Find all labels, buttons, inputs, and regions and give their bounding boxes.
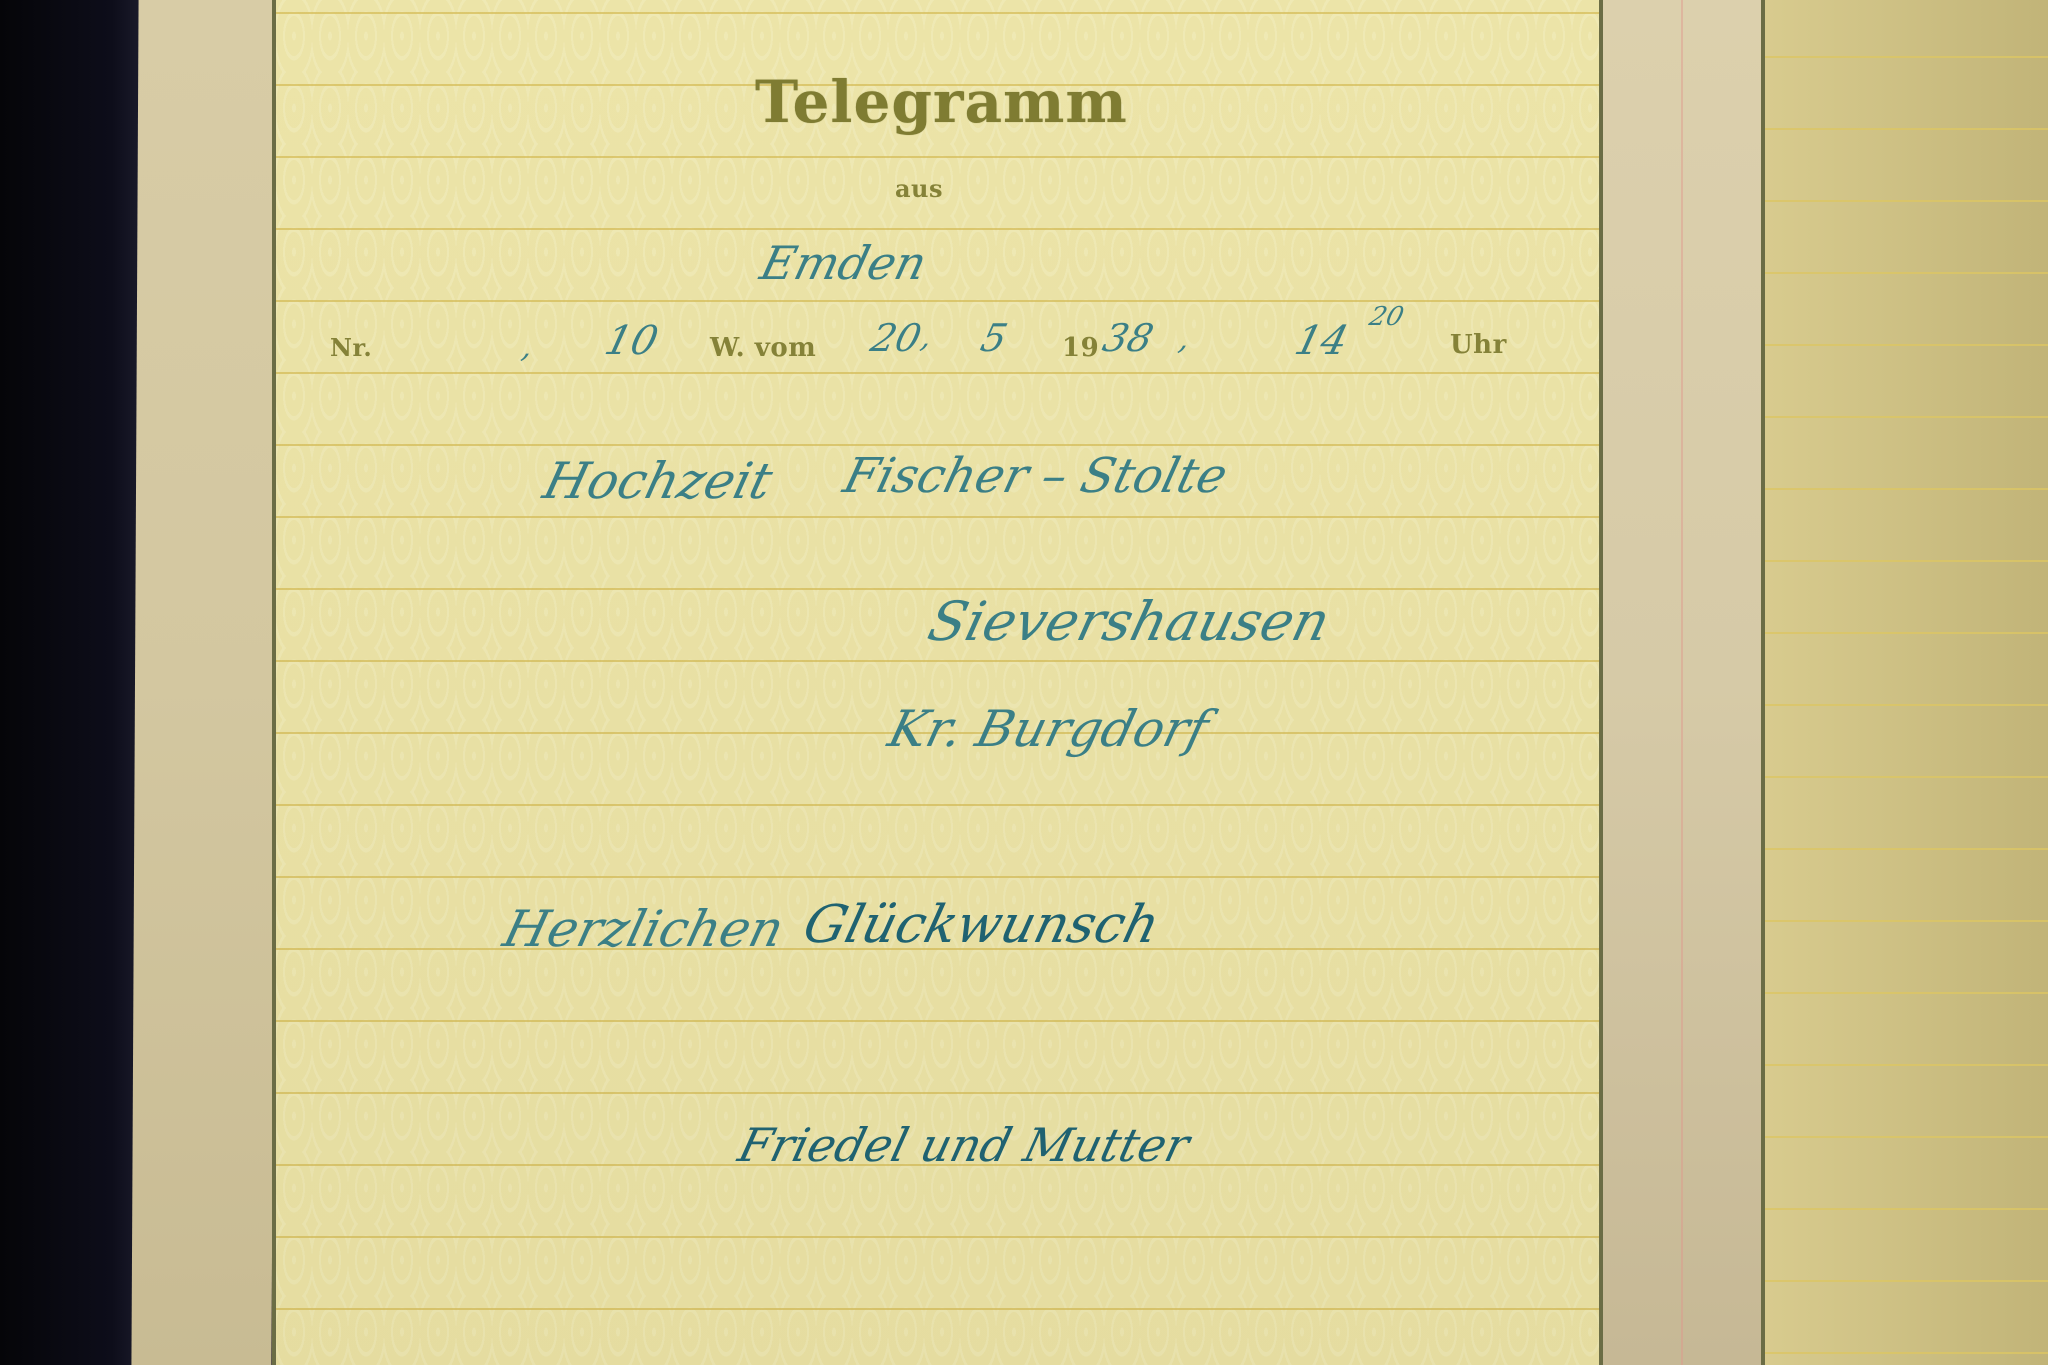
form-title: Telegramm <box>755 68 1128 136</box>
dark-backdrop <box>0 0 140 1365</box>
aus-label: aus <box>895 174 943 203</box>
year-prefix: 19 <box>1062 333 1099 363</box>
message-word1: Herzlichen <box>498 900 790 958</box>
address-line1-word1: Hochzeit <box>538 452 778 510</box>
address-line3: Kr. Burgdorf <box>883 700 1214 758</box>
address-line1-word2: Fischer – Stolte <box>838 448 1233 504</box>
adjacent-page <box>1765 0 2048 1365</box>
signature: Friedel und Mutter <box>733 1118 1195 1172</box>
cream-margin-strip <box>1603 0 1761 1365</box>
pink-margin-line <box>1681 0 1683 1365</box>
w-vom-label: W. vom <box>710 333 816 363</box>
uhr-label: Uhr <box>1450 330 1507 360</box>
photo-scene: Telegramm aus Nr. W. vom 19 Uhr Emden , … <box>0 0 2048 1365</box>
origin-place: Emden <box>755 236 932 290</box>
message-word2: Glückwunsch <box>798 895 1166 955</box>
address-line2: Sievershausen <box>922 590 1336 653</box>
cream-border-left <box>131 0 278 1365</box>
nr-label: Nr. <box>330 333 372 362</box>
